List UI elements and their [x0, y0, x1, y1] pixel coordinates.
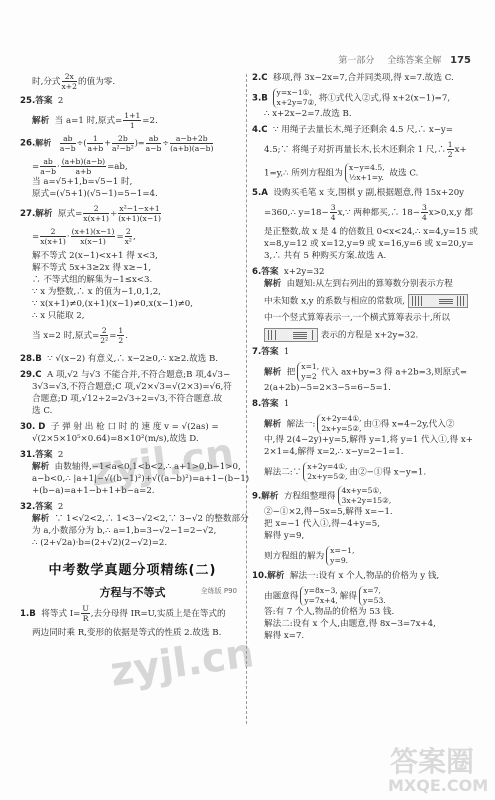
r-q9-line5: 则方程组的解为x=−1,y=9. [252, 546, 477, 566]
r-q5-line1: 5.A 设购买毛笔 x 支,围棋 y 副,根据题意,得 15x+20y [252, 187, 477, 199]
q25-analysis: 解析 当 a=1 时,原式=1+11=2. [20, 111, 245, 130]
r-q9-line3: 把 x=−1 代入①,得−4+y=5, [252, 518, 477, 530]
q27-line9: 当 x=2 时,原式=22²=12. [20, 326, 245, 345]
q29-line2: 3√3=√3,不符合题意;C 项,√2×√3=√(2×3)=√6,符 [20, 381, 245, 393]
r-q3-line1: 3.B y=x−1①,x+2y=7②,将①式代入②式,得 x+2(x−1)=7, [252, 88, 477, 108]
q27-line7: ∵ x(x+1)≠0,(x+1)(x−1)≠0,x(x−1)≠0, [20, 298, 245, 310]
r-q6-line1: 解析 由题知:从左到右列出的算筹数分别表示方程 [252, 278, 477, 290]
counting-rods-figure-1 [408, 294, 468, 308]
r-q10-line2: 由题意得y=8x−3,y=7x+4,解得x=7,y=53. [252, 586, 477, 606]
r-q6-answer: 6.答案 x+2y=32 [252, 266, 477, 278]
q27-line3: 解不等式 2(x−1)<x+1 得 x<3, [20, 250, 245, 262]
header-section: 第一部分 [338, 56, 374, 66]
section-subtitle: 方程与不等式 全练版 P90 [20, 584, 245, 600]
q32-line1: 解析 ∵ 1<√2<2,∴ 1<3−√2<2,∵ 3−√2 的整数部分 [20, 513, 245, 525]
equation-system: x=−1,y=9. [326, 546, 354, 566]
r-q8-line4: 解法二:∵x+2y=4①,2x+y=5②,由②−①得 x−y=1. [252, 462, 477, 482]
left-column: 时,分式2xx+2的值为零. 25.答案 2 解析 当 a=1 时,原式=1+1… [20, 72, 245, 639]
r-q2: 2.C 移项,得 3x−2x=7,合并同类项,得 x=7.故选 C. [252, 72, 477, 84]
equation-system: x+2y=4①,2x+y=5②, [317, 414, 361, 434]
r-q8-line2: 中,得 2(4−2y)+y=5,解得 y=1,将 y=1 代入①,得 x+ [252, 434, 477, 446]
q28: 28.B ∵ √(x−2) 有意义,∴ x−2≥0,∴ x≥2.故选 B. [20, 353, 245, 365]
watermark-zyjl-2: zyjl.cn [108, 630, 257, 696]
s1-line1: 1.B 将等式 I=UR,去分母得 IR=U,实质上是在等式的 [20, 604, 245, 623]
header-subtitle: 全练答案全解 [387, 56, 441, 66]
column-divider [246, 74, 247, 724]
r-q10-line1: 10.解析 解法一:设有 x 个人,物品的价格为 y 钱, [252, 570, 477, 582]
r-q4-line2: 4.5;∵ 将绳子对折再量长木,长木还剩余 1 尺,∴12x+ [252, 140, 477, 159]
q32-line2: 为 a,小数部分为 b,∴ a=1,b=3−√2−1=2−√2, [20, 525, 245, 537]
r-q5-line4: x=8,y=12 或 x=12,y=9 或 x=16,y=6 或 x=20,y= [252, 238, 477, 250]
equation-system: y=x−1①,x+2y=7②, [273, 88, 317, 108]
q29-line4: 选 C. [20, 405, 245, 417]
q27-line1: 27.解析 原式=2x(x+1)÷x²−1−x+1(x+1)(x−1) [20, 204, 245, 223]
q26-line4: 原式=(√5+1)(√5−1)=5−1=4. [20, 188, 245, 200]
r-q3-line2: ∴ x+2x−2=7.故选 B. [252, 108, 477, 120]
q29-line3: 合题意;D 项,√12÷2=2√3÷2=√3,不符合题意.故 [20, 393, 245, 405]
q32-answer: 32.答案 2 [20, 501, 245, 513]
equation-system: 4x+y=5①,3x+2y=15②, [338, 486, 392, 506]
q27-line8: ∴ x 只能取 2, [20, 310, 245, 322]
q27-line6: ∵ x 为整数,∴ x 的值为−1,0,1,2, [20, 286, 245, 298]
counting-rods-figure-2 [264, 328, 318, 342]
equation-system: x=1,y=2 [297, 362, 319, 382]
q26-line2: =aba−b·(a+b)(a−b)a+b=ab, [20, 157, 245, 176]
q26-line3: 当 a=√5+1,b=√5−1 时, [20, 176, 245, 188]
r-q8-answer: 8.答案 1 [252, 398, 477, 410]
r-q7-line2: 2(a+2b)−5=2×3−5=6−5=1. [252, 382, 477, 394]
r-q10-line3: 答:有 7 个人,物品的价格为 53 钱. [252, 606, 477, 618]
r-q7-answer: 7.答案 1 [252, 346, 477, 358]
r-q7-line1: 解析 把x=1,y=2代入 ax+by=3 得 a+2b=3,则原式= [252, 362, 477, 382]
q27-line5: ∴ 不等式组的解集为−1≤x<3. [20, 274, 245, 286]
r-q4-line3: 1=y,∴ 所列方程组为x−y=4.5,½x+1=y. 故选 C. [252, 163, 477, 183]
equation-system: x−y=4.5,½x+1=y. [345, 163, 385, 183]
equation-system: x=7,y=53. [359, 586, 386, 606]
r-q9-line1: 9.解析 方程组整理得4x+y=5①,3x+2y=15②, [252, 486, 477, 506]
r-q9-line4: 解得 y=9, [252, 530, 477, 542]
section-title: 中考数学真题分项精练(二) [20, 559, 245, 578]
equation-system: x+2y=4①,2x+y=5②, [303, 462, 347, 482]
r-q6-line2: 中未知数 x,y 的系数与相应的常数项, [252, 294, 477, 308]
page-number: 175 [450, 55, 471, 66]
page-header: 第一部分 全练答案全解 175 [338, 53, 471, 66]
equation-system: y=8x−3,y=7x+4, [300, 586, 337, 606]
watermark-mxqe-logo: 答案圈 [390, 740, 474, 780]
r-q5-line5: 3,∴ 共有 5 种购买方案.故选 A. [252, 250, 477, 262]
q32-line3: ∴ (2+√2a)·b=(2+√2)(2−√2)=2. [20, 537, 245, 549]
r-q4-line1: 4.C ∵ 用绳子去量长木,绳子还剩余 4.5 尺,∴ x−y= [252, 124, 477, 136]
q27-line2: =2x(x+1)·(x+1)(x−1)x(x−1)=2x², [20, 227, 245, 246]
right-column: 2.C 移项,得 3x−2x=7,合并同类项,得 x=7.故选 C. 3.B y… [252, 72, 477, 642]
q27-line4: 解不等式 5x+3≥2x 得 x≥−1, [20, 262, 245, 274]
q24-tail: 时,分式2xx+2的值为零. [20, 72, 245, 91]
r-q8-line3: 2×1=4,解得 x=2,∴ x−y=2−1=1. [252, 446, 477, 458]
r-q10-line5: 解得 x=7. [252, 630, 477, 642]
r-q5-line2: =360,∴ y=18−34x,∵ 两种都买,∴ 18−34x>0,x,y 都 [252, 203, 477, 222]
q29-line1: 29.C A 项,√2 与√3 不能合并,不符合题意;B 项,4√3− [20, 369, 245, 381]
q26-line1: 26.解析 aba−b÷(1a+b+2ba²−b²)=aba−b÷a−b+2b(… [20, 134, 245, 153]
r-q6-line3: 中一个竖式算筹表示一,一个横式算筹表示十,所以 [252, 312, 477, 324]
r-q9-line2: ②−①×2,得−5x=5,解得 x=−1. [252, 506, 477, 518]
section-reference: 全练版 P90 [201, 586, 237, 596]
r-q10-line4: 解法二:设有 x 个人,由题意,得 8x−3=7x+4, [252, 618, 477, 630]
r-q8-line1: 解析 解法一:x+2y=4①,2x+y=5②,由①得 x=4−2y,代入② [252, 414, 477, 434]
q30-line1: 30. D 子 弹 射 出 枪 口 时 的 速 度 v = √(2as) = [20, 421, 245, 433]
watermark-mxqe-url: MXQE.COM [388, 776, 488, 795]
r-q6-line4: 表示的方程是 x+2y=32. [252, 328, 477, 342]
r-q5-line3: 是正整数,故 x 是 4 的倍数且 0<x<24,∴ x=4,y=15 或 [252, 226, 477, 238]
q25-answer: 25.答案 2 [20, 95, 245, 107]
